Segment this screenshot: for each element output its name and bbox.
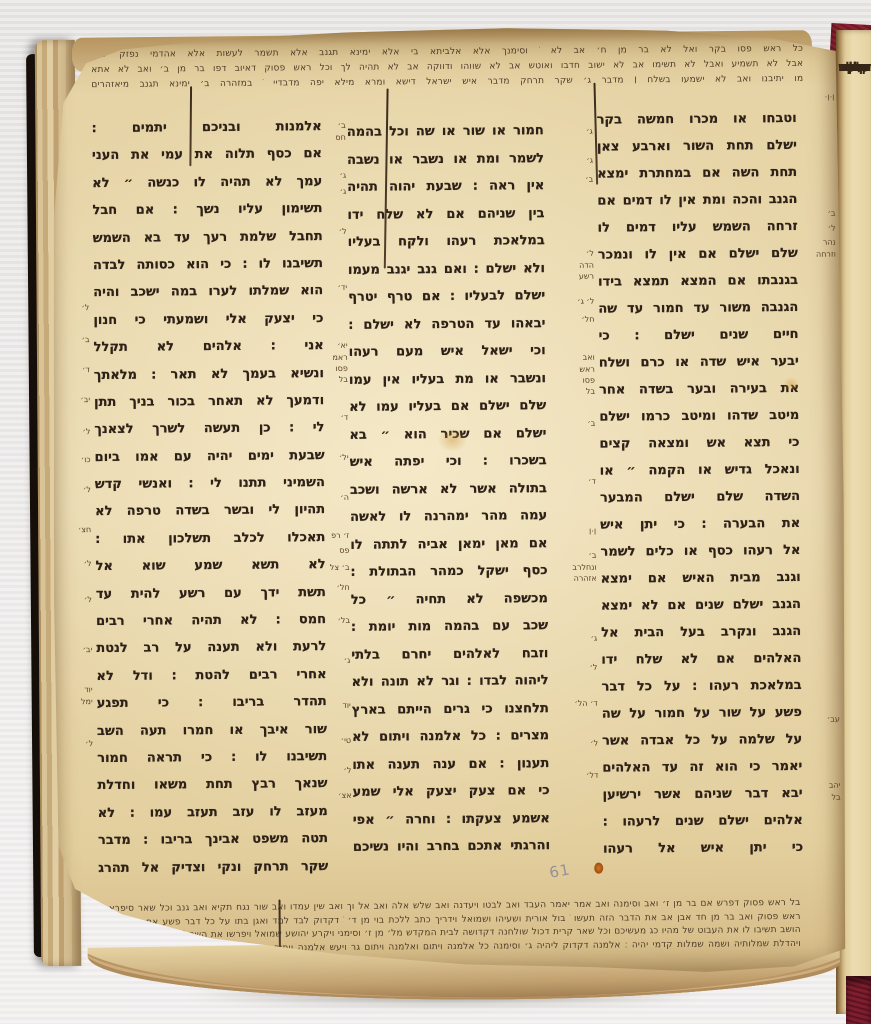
text-line: ונשבר או מת בעליו אין עמו — [349, 365, 546, 394]
text-line: וטבחו או מכרו חמשה בקר — [597, 105, 797, 134]
masorah-parva-note: ז׳ רפ — [331, 531, 349, 540]
masorah-parva-note: כו׳ — [81, 455, 91, 464]
text-line: יבא דבר שניהם אשר ירשיען — [602, 780, 802, 809]
masorah-parva-note: ואב — [583, 353, 595, 362]
masorah-parva-note: נהר — [823, 238, 836, 247]
text-line: מצרים ׃ כל אלמנה ויתום לא — [352, 722, 549, 751]
text-line: חמס ׃ לא תהיה אחרי רבים — [96, 606, 326, 635]
text-line: חמור או שור או שה וכל בהמה — [347, 117, 544, 146]
masorah-parva-note: יהב — [829, 781, 841, 790]
text-line: האלהים אם לא שלח ידו — [601, 645, 801, 674]
masorah-parva-note: ג׳ — [586, 127, 593, 136]
text-line: שכב עם בהמה מות יומת ׃ — [351, 612, 548, 641]
text-line: את הבערה ׃ כי יתן איש — [600, 510, 800, 539]
text-line: ונשיא בעמך לא תאר ׃ מלאתך — [94, 360, 324, 389]
text-line: אין ראה ׃ שבעת יהוה תהיה — [347, 172, 544, 201]
masorah-parva-note: ג׳ — [340, 187, 347, 196]
masorah-parva-note: ד׳ — [341, 413, 349, 422]
text-line: כי יצעק אלי ושמעתי כי חנון — [93, 305, 323, 334]
masorah-parva-note: ב׳ — [588, 551, 596, 560]
masorah-parva-note: יוד — [84, 685, 92, 694]
masorah-parva-note: ד׳ — [82, 365, 90, 374]
masorah-parva-note: פסו — [335, 364, 347, 373]
text-line: הגנב ישלם שנים אם לא ימצא — [601, 591, 801, 620]
text-line: עמך לא תהיה לו כנשה ״ לא — [92, 168, 322, 197]
text-line: שנאך רבץ תחת משאו וחדלת — [97, 770, 327, 799]
text-line: הגנב והכה ומת אין לו דמים אם — [597, 186, 797, 215]
masorah-parva-note: ראש — [579, 365, 595, 374]
text-line: תשיבנו לו ׃ כי תראה חמור — [97, 743, 327, 772]
masorah-parva-note: בל — [339, 375, 348, 384]
text-line: וגנב מבית האיש אם ימצא — [601, 564, 801, 593]
text-line: אשמע צעקתו ׃ וחרה ״ אפי — [353, 805, 550, 834]
text-line: אם מאן ימאן אביה לתתה לו — [350, 530, 547, 559]
parchment-stain — [437, 428, 467, 452]
manuscript-page: כל ראש פסו בקר ואל לא בר מן ח׳ אב לא ֹ ו… — [42, 21, 850, 980]
masorah-parva-note: ונחלרב — [572, 563, 596, 572]
text-line: אלהים ישלם שנים לרעהו ׃ — [603, 807, 803, 836]
red-binding-bottom-right — [846, 976, 871, 1024]
text-line: מעזב לו עזב תעזב עמו ׃ לא — [98, 798, 328, 827]
text-line: תשיבנו לו ׃ כי הוא כסותה לבדה — [93, 250, 323, 279]
masorah-parva-note: ג׳ — [591, 634, 598, 643]
masorah-parva-note: ימל — [81, 697, 93, 706]
masorah-parva-note: יב׳ — [80, 395, 90, 404]
parchment-stain — [783, 377, 799, 391]
masorah-parva-note: חס — [335, 133, 346, 142]
masorah-parva-note: דל׳ — [586, 771, 598, 780]
masorah-parva-note: ׀·׀ — [589, 527, 596, 536]
masorah-parva-note: פס — [339, 546, 349, 555]
masorah-parva-note: חצ׳ — [78, 525, 91, 534]
masorah-parva-note: וזרחה — [816, 250, 836, 259]
masorah-parva-note: יל׳ — [339, 453, 349, 462]
masorah-parva-note: יוד — [342, 701, 350, 710]
masorah-parva-note: ה׳ — [340, 493, 349, 502]
masorah-parva-note: ב׳ — [82, 335, 90, 344]
masorah-parva-note: ל׳ — [85, 739, 93, 748]
text-line: הגנבה משור עד חמור עד שה — [598, 294, 798, 323]
text-line: אל רעהו כסף או כלים לשמר — [600, 537, 800, 566]
text-column-right: וטבחו או מכרו חמשה בקרישלם תחת השור וארב… — [597, 105, 804, 863]
margin-notes-gutter-right: ג׳ג׳ב׳ל׳הדהרשעל׳ ג׳חל׳ואבראשפסובלב׳ד׳׀·׀… — [556, 23, 600, 975]
text-line: תטה משפט אבינך בריבו ׃ מדבר — [98, 825, 328, 854]
masorah-parva-note: יד׳ — [338, 283, 348, 292]
masorah-magna-top: כל ראש פסו בקר ואל לא בר מן ח׳ אב לא ֹ ו… — [91, 42, 803, 93]
text-line: תלחצנו כי גרים הייתם בארץ — [352, 695, 549, 724]
masorah-parva-note: ל׳ — [82, 427, 90, 436]
text-line: ולא ישלם ׃ ואם גנב יגנב מעמו — [348, 255, 545, 284]
masorah-parva-note: ל׳ — [343, 766, 351, 775]
text-line: והרגתי אתכם בחרב והיו נשיכם — [353, 832, 550, 861]
text-line: תענון ׃ אם ענה תענה אתו — [352, 750, 549, 779]
text-line: אחרי רבים להטת ׃ ודל לא — [96, 661, 326, 690]
masorah-parva-note: ב׳ — [338, 121, 346, 130]
text-line: יאמר כי הוא זה עד האלהים — [602, 753, 802, 782]
masorah-parva-note: ל׳ — [586, 249, 594, 258]
masorah-parva-note: ב׳ — [828, 209, 836, 218]
masorah-parva-note: עב׳ — [827, 715, 840, 724]
masorah-parva-note: ג׳ — [339, 171, 346, 180]
adjacent-text-fragment: ראה — [845, 54, 871, 81]
masorah-parva-note: בל׳ — [338, 616, 351, 625]
text-line: ודמעך לא תאחר בכור בניך תתן — [94, 387, 324, 416]
text-line: פשע על שור על חמור על שה — [602, 699, 802, 728]
masorah-parva-note: ב׳ — [585, 175, 593, 184]
text-line: ישלם תחת השור וארבע צאן — [597, 132, 797, 161]
masorah-parva-note: ג׳ — [344, 656, 351, 665]
text-line: כי יתן איש אל רעהו — [603, 834, 803, 863]
text-line: בתולה אשר לא ארשה ושכב — [350, 475, 547, 504]
masorah-parva-note: ל׳ — [590, 739, 598, 748]
text-line: שבעת ימים יהיה עם אמו ביום — [94, 442, 324, 471]
masorah-parva-note: ל׳ — [590, 663, 598, 672]
text-line: תשימון עליו נשך ׃ אם חבל — [92, 195, 322, 224]
masorah-parva-note: ל׳ ג׳ — [577, 297, 594, 306]
folio-number-pencil: 61 — [548, 861, 572, 881]
masorah-parva-note: חל׳ — [337, 583, 350, 592]
masorah-parva-note: ב׳ — [587, 419, 595, 428]
masorah-parva-note: אזהרה — [574, 574, 597, 583]
text-line: תהדר בריבו ׃ כי תפגע — [97, 688, 327, 717]
text-line: הגנב ונקרב בעל הבית אל — [601, 618, 801, 647]
text-line: שקר תרחק ונקי וצדיק אל תהרג — [98, 853, 328, 882]
masorah-parva-note: ראמ — [332, 353, 347, 362]
masorah-parva-note: ל׳ — [339, 227, 347, 236]
text-line: זרחה השמש עליו דמים לו — [598, 213, 798, 242]
text-line: כי תצא אש ומצאה קצים — [599, 429, 799, 458]
text-line: לשמר ומת או נשבר או נשבה — [347, 145, 544, 174]
masorah-parva-note: פסו — [583, 376, 595, 385]
masorah-parva-note: ד׳ הל׳ — [574, 699, 597, 708]
masorah-parva-note: ב׳ צל — [330, 563, 350, 572]
masorah-parva-note: אצ׳ — [338, 791, 351, 800]
text-line: במלאכת רעהו ׃ על כל דבר — [602, 672, 802, 701]
text-line: לי ׃ כן תעשה לשרך לצאנך — [94, 414, 324, 443]
text-line: לא תשא שמע שוא אל — [95, 551, 325, 580]
text-line: יבער איש שדה או כרם ושלח — [599, 348, 799, 377]
photo-backdrop: ךבניאלופבנדיש ישעוושיאאבלכי יפבן אשלחנאח… — [0, 0, 871, 1024]
text-line: ליהוה לבדו ׃ וגר לא תונה ולא — [351, 667, 548, 696]
text-line: תאכלו לכלב תשלכון אתו ׃ — [95, 524, 325, 553]
text-line: אלמנות ובניכם יתמים ׃ — [92, 113, 322, 142]
masorah-parva-note: ל׳ — [81, 303, 89, 312]
masorah-parva-note: יב׳ — [83, 645, 93, 654]
text-line: עמה מהר ימהרנה לו לאשה — [350, 502, 547, 531]
text-line: שלם ישלם אם אין לו ונמכר — [598, 240, 798, 269]
text-line: ונאכל גדיש או הקמה ״ או — [600, 456, 800, 485]
text-line: תחת השה אם במחתרת ימצא — [597, 159, 797, 188]
text-column-left: אלמנות ובניכם יתמים ׃אם כסף תלוה את עמי … — [92, 113, 329, 882]
text-line: כסף ישקל כמהר הבתולת ׃ — [351, 557, 548, 586]
text-line: את בעירה ובער בשדה אחר — [599, 375, 799, 404]
text-line: שור איבך או חמרו תעה השב — [97, 716, 327, 745]
text-line: וזבח לאלהים יחרם בלתי — [351, 640, 548, 669]
masorah-parva-note: ל׳ — [83, 485, 91, 494]
text-line: מיטב שדהו ומיטב כרמו ישלם — [599, 402, 799, 431]
text-column-middle: חמור או שור או שה וכל בהמהלשמר ומת או נש… — [347, 117, 550, 861]
masorah-parva-note: ל׳ — [84, 559, 92, 568]
masorah-parva-note: בל — [586, 387, 595, 396]
masorah-parva-note: ל׳ — [84, 595, 92, 604]
text-line: בגנבתו אם המצא תמצא בידו — [598, 267, 798, 296]
ink-stain — [594, 863, 603, 874]
text-line: אני ׃ אלהים לא תקלל — [94, 332, 324, 361]
text-line: תהיון לי ובשר בשדה טרפה לא — [95, 497, 325, 526]
masorah-parva-note: הדה — [579, 261, 594, 270]
masorah-parva-note: ל׳ — [828, 224, 836, 233]
text-line: השדה שלם ישלם המבער — [600, 483, 800, 512]
masorah-parva-note: חל׳ — [581, 315, 594, 324]
text-line: יבאהו עד הטרפה לא ישלם ׃ — [348, 310, 545, 339]
text-line: השמיני תתנו לי ׃ ואנשי קדש — [95, 469, 325, 498]
masorah-parva-note: יא׳ — [337, 341, 348, 350]
text-line: כי אם צעק יצעק אלי שמע — [352, 777, 549, 806]
margin-notes-right: ׀·׀·ב׳ל׳נהרוזרחהעב׳יהבבל — [802, 21, 842, 973]
text-line: וכי ישאל איש מעם רעהו — [349, 337, 546, 366]
text-line: לרעת ולא תענה על רב לנטת — [96, 633, 326, 662]
masorah-parva-note: ׀·׀· — [825, 93, 835, 102]
text-line: על שלמה על כל אבדה אשר — [602, 726, 802, 755]
text-line: חיים שנים ישלם ׃ כי — [598, 321, 798, 350]
text-line: תחבל שלמת רעך עד בא השמש — [93, 223, 323, 252]
masorah-parva-note: טי׳ — [341, 736, 351, 745]
text-line: בין שניהם אם לא שלח ידו — [347, 200, 544, 229]
masorah-parva-note: ג׳ — [586, 156, 593, 165]
masorah-parva-note: ד׳ — [588, 477, 596, 486]
masorah-parva-note: בל — [831, 793, 840, 802]
text-line: ישלם לבעליו ׃ אם טרף יטרף — [348, 282, 545, 311]
masorah-parva-note: רשע — [579, 272, 594, 281]
text-line: מכשפה לא תחיה ״ כל — [351, 585, 548, 614]
text-line: תשת ידך עם רשע להית עד — [96, 579, 326, 608]
text-line: הוא שמלתו לערו במה ישכב והיה — [93, 277, 323, 306]
text-line: שלם ישלם אם בעליו עמו לא — [349, 392, 546, 421]
text-line: במלאכת רעהו ולקח בעליו — [348, 227, 545, 256]
text-line: אם כסף תלוה את עמי את העני — [92, 140, 322, 169]
